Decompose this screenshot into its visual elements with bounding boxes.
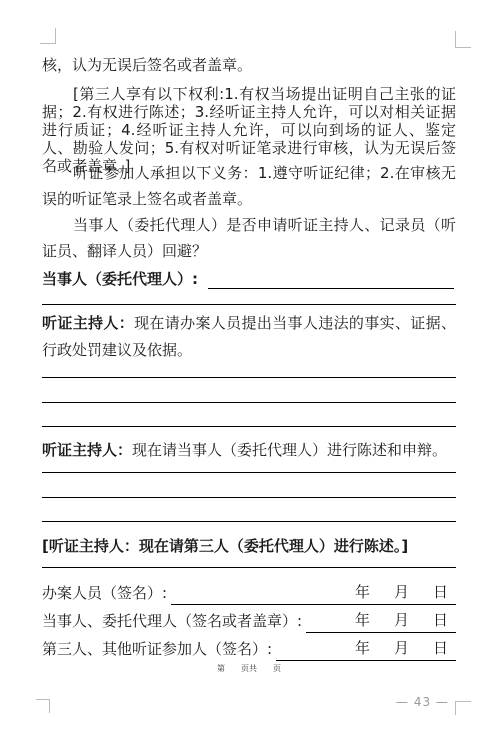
margin-crop-mark-bottom-right [455, 701, 471, 715]
date-day-label: 日 [433, 580, 448, 604]
margin-crop-mark-top-left [40, 28, 56, 44]
signature-label: 当事人、委托代理人（签名或者盖章）: [42, 609, 302, 633]
ruled-answer-line [42, 402, 456, 403]
host-speaker-label: 听证主持人： [42, 441, 132, 459]
margin-crop-mark-top-right [455, 31, 471, 48]
host-speaker-label: 听证主持人： [42, 314, 134, 332]
signature-blank-line: 年 月 日 [171, 580, 456, 605]
party-answer-row: 当事人（委托代理人）: [42, 266, 456, 292]
ruled-answer-line [42, 567, 456, 568]
date-day-label: 日 [433, 636, 448, 660]
date-year-label: 年 [355, 636, 370, 660]
bracketed-host-statement: [听证主持人：现在请第三人（委托代理人）进行陈述。] [42, 533, 456, 559]
paragraph-continuation: 核，认为无误后签名或者盖章。 [42, 52, 456, 78]
host-statement-2: 听证主持人：现在请当事人（委托代理人）进行陈述和申辩。 [42, 437, 456, 463]
document-page: 核，认为无误后签名或者盖章。 [第三人享有以下权利:1.有权当场提出证明自己主张… [0, 0, 499, 753]
signature-row: 当事人、委托代理人（签名或者盖章）: 年 月 日 [42, 609, 456, 633]
page-of-pages-footer: 第 页共 页 [42, 663, 456, 675]
ruled-answer-line [42, 521, 456, 522]
paragraph-participant-obligations: 听证参加人承担以下义务：1.遵守听证纪律；2.在审核无误的听证笔录上签名或者盖章… [42, 160, 456, 212]
date-day-label: 日 [433, 608, 448, 632]
ruled-answer-line [42, 472, 456, 473]
signature-label: 第三人、其他听证参加人（签名）: [42, 637, 272, 661]
party-answer-label: 当事人（委托代理人）: [42, 266, 198, 292]
date-month-label: 月 [394, 580, 409, 604]
date-year-label: 年 [355, 608, 370, 632]
ruled-answer-line [42, 304, 456, 305]
host-statement-1: 听证主持人：现在请办案人员提出当事人违法的事实、证据、行政处罚建议及依据。 [42, 310, 456, 364]
ruled-answer-line [42, 377, 456, 378]
signature-row: 办案人员（签名）: 年 月 日 [42, 581, 456, 605]
page-number: — 43 — [396, 695, 449, 710]
ruled-answer-line [42, 497, 456, 498]
date-month-label: 月 [394, 608, 409, 632]
paragraph-recusal-question: 当事人（委托代理人）是否申请听证主持人、记录员（听证员、翻译人员）回避？ [42, 212, 456, 264]
signature-blank-line: 年 月 日 [276, 636, 456, 661]
signature-row: 第三人、其他听证参加人（签名）: 年 月 日 [42, 637, 456, 661]
host-statement-text: 现在请当事人（委托代理人）进行陈述和申辩。 [132, 441, 447, 459]
party-answer-blank-line [208, 266, 454, 289]
margin-crop-mark-bottom-left [36, 699, 50, 713]
signature-label: 办案人员（签名）: [42, 581, 167, 605]
signature-blank-line: 年 月 日 [306, 608, 456, 633]
date-year-label: 年 [355, 580, 370, 604]
date-month-label: 月 [394, 636, 409, 660]
ruled-answer-line [42, 426, 456, 427]
